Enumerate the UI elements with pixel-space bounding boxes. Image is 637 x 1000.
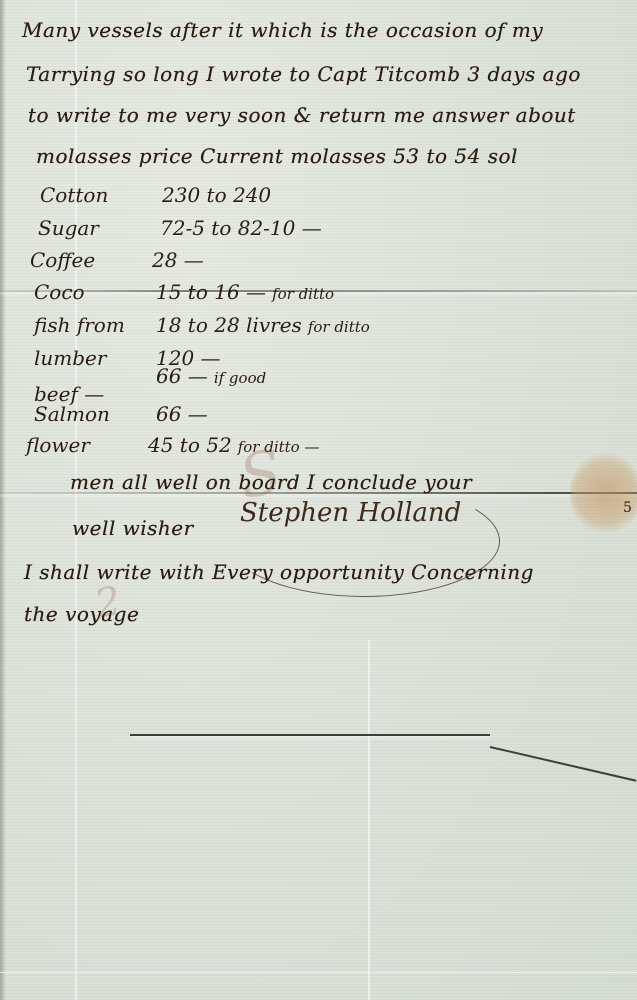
commodity-price: 45 to 52	[148, 433, 232, 457]
commodity-price: 230 to 240	[162, 183, 271, 207]
closing-line: the voyage	[24, 602, 139, 626]
price-list-item: Coco15 to 16 —for ditto	[34, 280, 334, 304]
body-line: molasses price Current molasses 53 to 54…	[36, 144, 518, 168]
price-list-item: Salmon66 —	[34, 402, 208, 426]
body-line: Many vessels after it which is the occas…	[22, 18, 543, 42]
fold-crease	[490, 746, 637, 782]
price-list-item: flower45 to 52for ditto —	[26, 433, 319, 457]
price-list-item: Sugar72-5 to 82-10 —	[38, 216, 322, 240]
commodity-price: 18 to 28 livres	[156, 313, 302, 337]
commodity-price: 28 —	[152, 248, 204, 272]
commodity-name: Cotton	[40, 183, 158, 207]
fold-crease	[0, 972, 637, 973]
commodity-note: for ditto	[272, 285, 334, 303]
closing-line: I shall write with Every opportunity Con…	[24, 560, 534, 584]
letter-sheet: S 2 Many vessels after it which is the o…	[0, 0, 637, 1000]
page-number: 5	[623, 500, 632, 516]
wax-stain	[570, 452, 637, 534]
commodity-price: 15 to 16 —	[156, 280, 266, 304]
commodity-name: fish from	[34, 313, 152, 337]
commodity-price: 66 —	[156, 402, 208, 426]
commodity-name: Salmon	[34, 402, 152, 426]
price-list-item: Coffee28 —	[30, 248, 204, 272]
closing-line: well wisher	[72, 516, 194, 540]
commodity-name: Sugar	[38, 216, 156, 240]
fold-crease	[130, 734, 490, 736]
price-list-item: Cotton230 to 240	[40, 183, 271, 207]
signature: Stephen Holland	[240, 498, 461, 528]
commodity-name: flower	[26, 433, 144, 457]
commodity-name: Coffee	[30, 248, 148, 272]
commodity-note: for ditto —	[238, 438, 320, 456]
fold-crease	[368, 640, 370, 1000]
commodity-price: 72-5 to 82-10 —	[160, 216, 322, 240]
commodity-name: Coco	[34, 280, 152, 304]
commodity-note: if good	[214, 369, 266, 387]
paper-edge	[0, 0, 6, 1000]
body-line: Tarrying so long I wrote to Capt Titcomb…	[26, 62, 581, 86]
commodity-price: 66 —	[156, 364, 208, 388]
commodity-note: for ditto	[308, 318, 370, 336]
price-list-item: fish from18 to 28 livresfor ditto	[34, 313, 370, 337]
body-line: to write to me very soon & return me ans…	[28, 103, 576, 127]
